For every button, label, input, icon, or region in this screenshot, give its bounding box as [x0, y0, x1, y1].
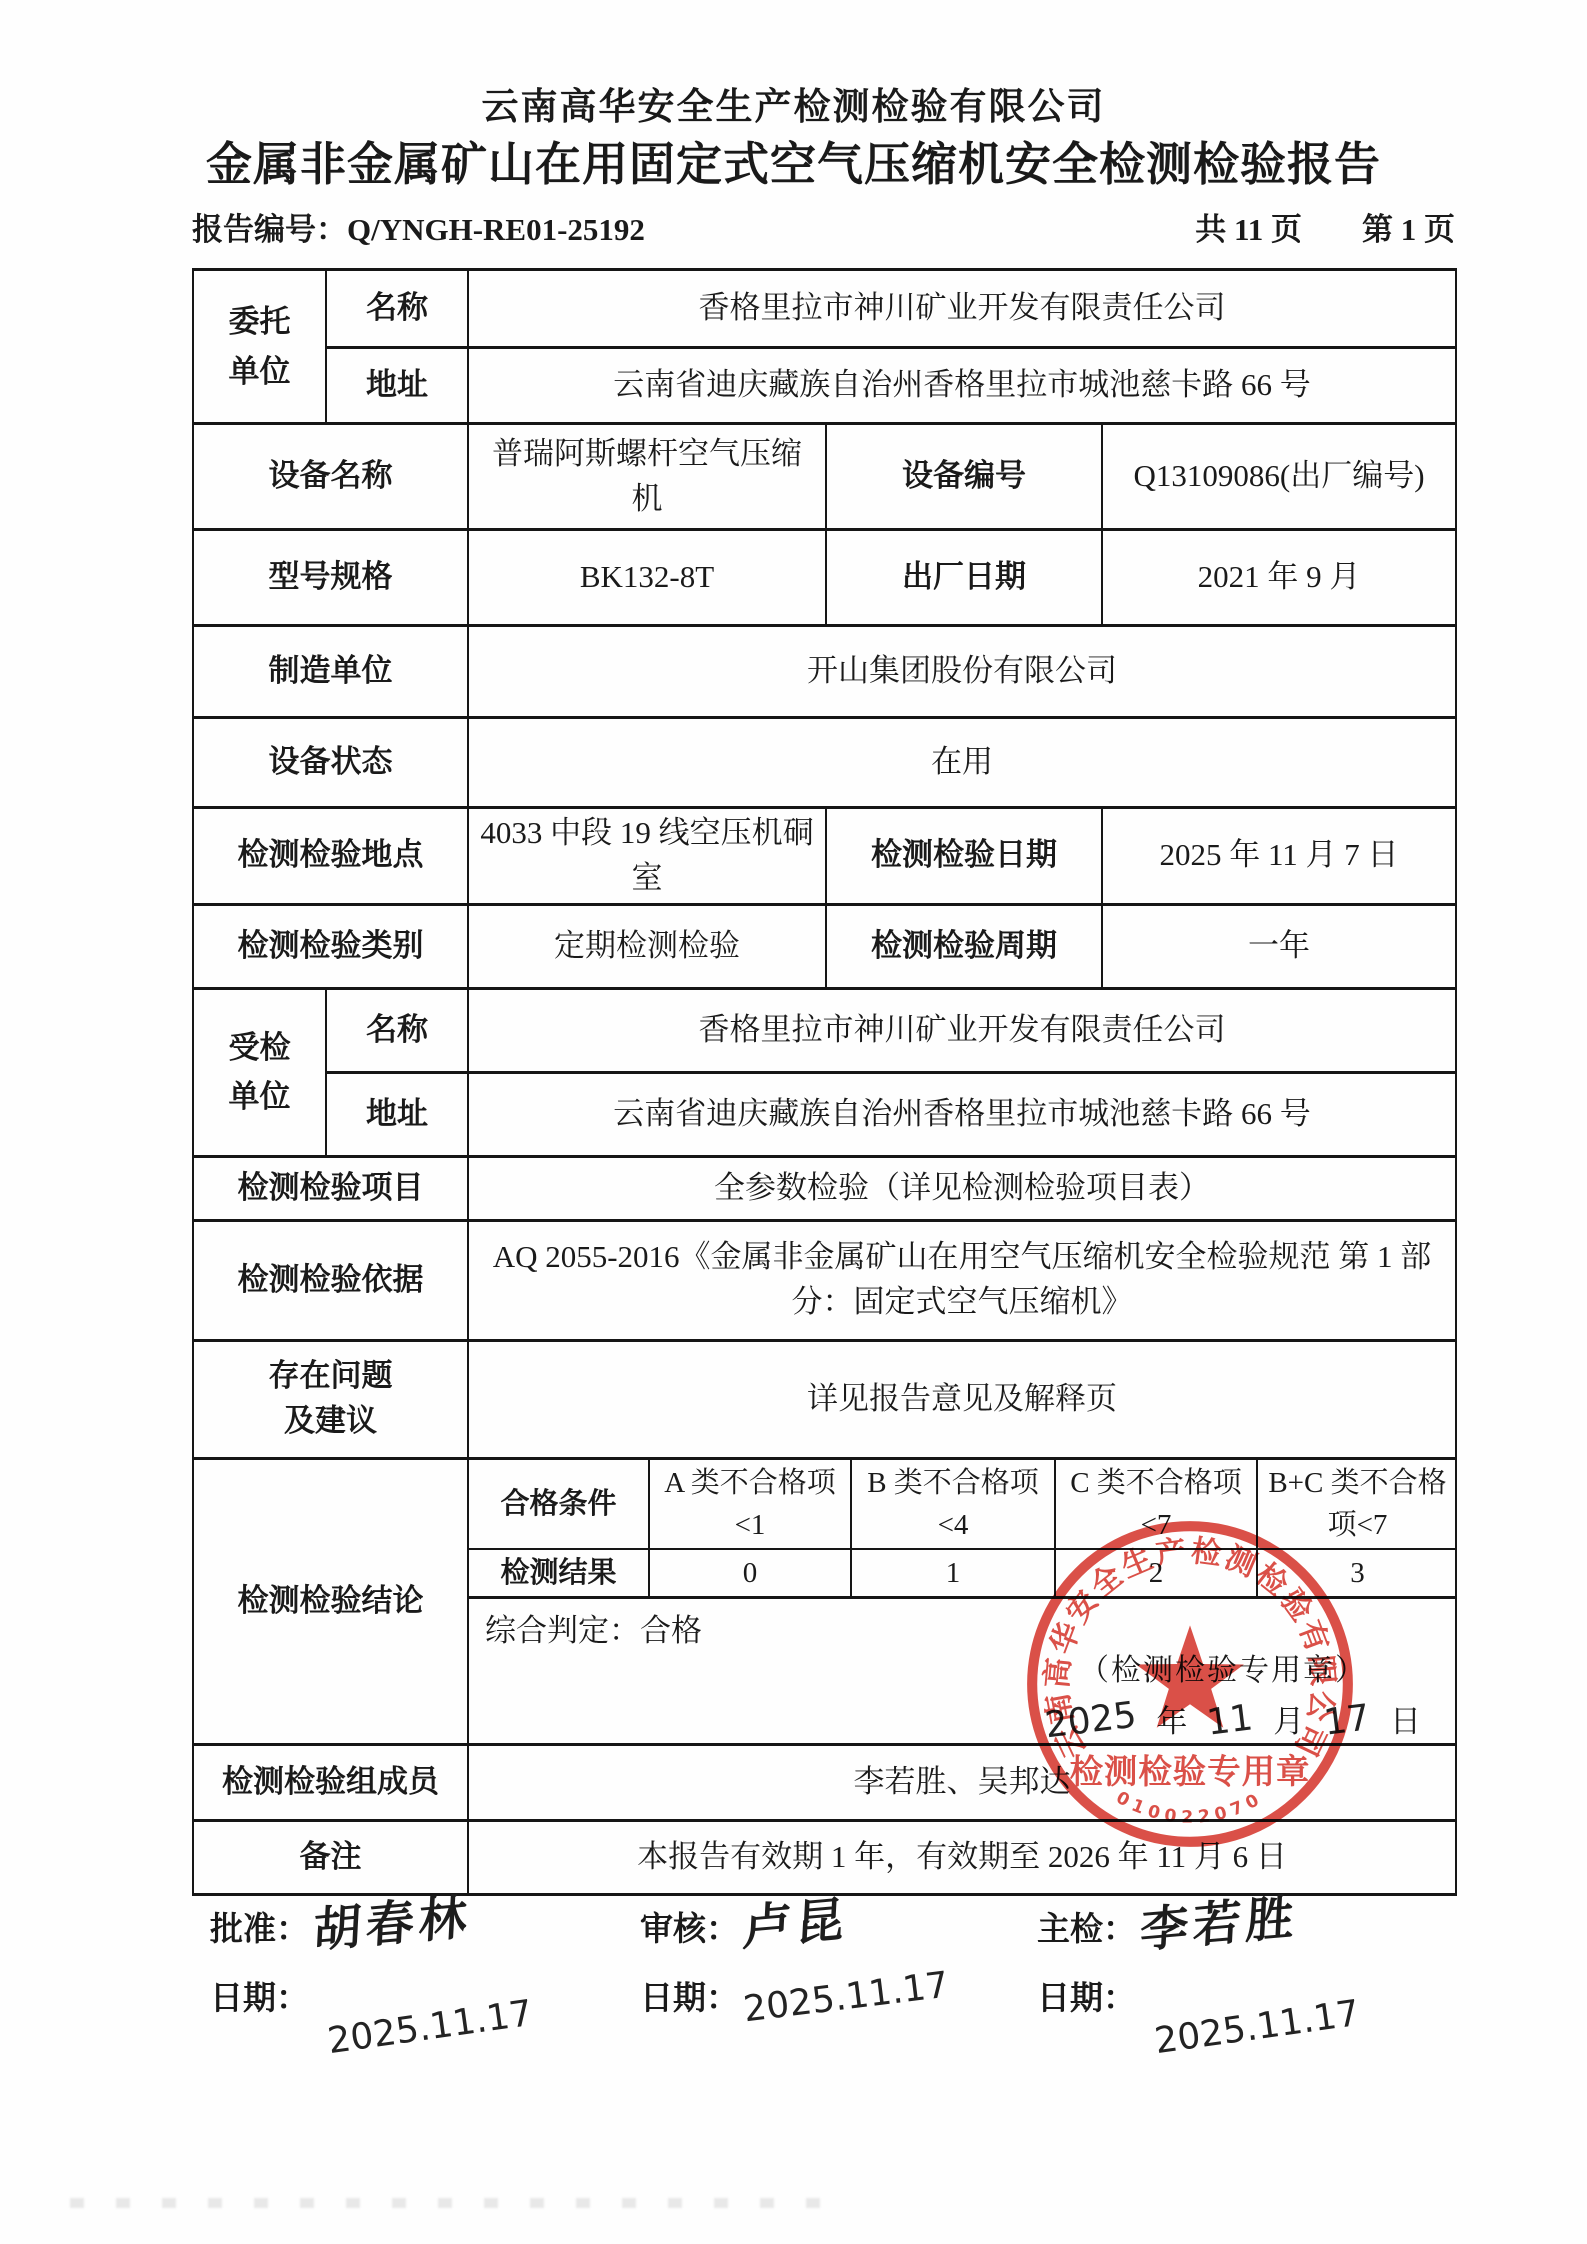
device-name-value: 普瑞阿斯螺杆空气压缩机	[468, 424, 826, 530]
company-name: 云南高华安全生产检测检验有限公司	[0, 76, 1587, 130]
table-row: 存在问题及建议 详见报告意见及解释页	[193, 1340, 1456, 1458]
inspection-basis-value: AQ 2055-2016《金属非金属矿山在用空气压缩机安全检验规范 第 1 部分…	[468, 1220, 1456, 1340]
chief-label: 主检：	[1037, 1912, 1136, 1948]
inspection-date-label: 检测检验日期	[826, 808, 1102, 905]
table-row: 检测检验项目 全参数检验（详见检测检验项目表）	[193, 1156, 1456, 1220]
result-header: 检测结果	[469, 1549, 649, 1598]
conclusion-criteria-table: 合格条件 A 类不合格项<1 B 类不合格项<4 C 类不合格项<7 B+C 类…	[469, 1460, 1456, 1599]
verdict-zone: 综合判定：合格 （检测检验专用章） 2025 年 11 月 17 日	[469, 1599, 1455, 1743]
team-members: 李若胜、吴邦达	[468, 1745, 1456, 1821]
report-page: 云南高华安全生产检测检验有限公司 金属非金属矿山在用固定式空气压缩机安全检测检验…	[0, 0, 1587, 2244]
review-date-handwritten: 2025.11.17	[741, 1965, 951, 2031]
report-number: 报告编号：Q/YNGH-RE01-25192	[192, 204, 645, 249]
inspection-items-value: 全参数检验（详见检测检验项目表）	[468, 1156, 1456, 1220]
seal-caption: （检测检验专用章）	[1079, 1649, 1367, 1693]
seal-date-month-label: 月	[1273, 1700, 1304, 1745]
verdict: 综合判定：合格	[485, 1609, 702, 1654]
seal-date-year-label: 年	[1156, 1700, 1187, 1745]
table-row: 委托单位 名称 香格里拉市神川矿业开发有限责任公司	[193, 270, 1456, 348]
table-row: 设备名称 普瑞阿斯螺杆空气压缩机 设备编号 Q13109086(出厂编号)	[193, 424, 1456, 530]
result-c: 2	[1055, 1549, 1257, 1598]
inspection-date-value: 2025 年 11 月 7 日	[1102, 808, 1456, 905]
seal-date-day-label: 日	[1390, 1700, 1421, 1745]
inspected-name-label: 名称	[326, 988, 468, 1072]
inspected-group-label: 受检单位	[193, 988, 326, 1156]
inspection-type-label: 检测检验类别	[193, 904, 468, 988]
inspection-items-label: 检测检验项目	[193, 1156, 468, 1220]
table-row: 检测检验地点 4033 中段 19 线空压机硐室 检测检验日期 2025 年 1…	[193, 808, 1456, 905]
approve-date-label: 日期：	[210, 1981, 309, 2017]
team-label: 检测检验组成员	[193, 1745, 468, 1821]
device-model-label: 型号规格	[193, 530, 468, 626]
device-mfg-date-label: 出厂日期	[826, 530, 1102, 626]
verdict-value: 合格	[640, 1613, 702, 1648]
approve-signature: 胡春林	[312, 1893, 473, 1955]
conclusion-body: 合格条件 A 类不合格项<1 B 类不合格项<4 C 类不合格项<7 B+C 类…	[468, 1458, 1456, 1744]
result-bc: 3	[1257, 1549, 1456, 1598]
criteria-header: 合格条件	[469, 1460, 649, 1549]
report-title: 金属非金属矿山在用固定式空气压缩机安全检测检验报告	[0, 128, 1587, 194]
inspected-address-value: 云南省迪庆藏族自治州香格里拉市城池慈卡路 66 号	[468, 1072, 1456, 1156]
table-row: 地址 云南省迪庆藏族自治州香格里拉市城池慈卡路 66 号	[193, 348, 1456, 424]
table-row: 受检单位 名称 香格里拉市神川矿业开发有限责任公司	[193, 988, 1456, 1072]
device-maker-label: 制造单位	[193, 626, 468, 718]
table-row: 检测检验依据 AQ 2055-2016《金属非金属矿山在用空气压缩机安全检验规范…	[193, 1220, 1456, 1340]
inspection-place-value: 4033 中段 19 线空压机硐室	[468, 808, 826, 905]
client-group-label: 委托单位	[193, 270, 326, 424]
conclusion-label: 检测检验结论	[193, 1458, 468, 1744]
review-block: 审核： 卢昆 日期： 2025.11.17	[640, 1900, 949, 2019]
criteria-c: C 类不合格项<7	[1055, 1460, 1257, 1549]
seal-date-day-handwritten: 17	[1321, 1692, 1373, 1744]
chief-block: 主检： 李若胜 日期： 2025.11.17	[1037, 1900, 1346, 2019]
inspection-cycle-label: 检测检验周期	[826, 904, 1102, 988]
seal-date-line: 2025 年 11 月 17 日	[1045, 1695, 1421, 1745]
criteria-b: B 类不合格项<4	[851, 1460, 1055, 1549]
device-status-label: 设备状态	[193, 718, 468, 808]
review-date-label: 日期：	[640, 1981, 739, 2017]
seal-date-year-handwritten: 2025	[1042, 1690, 1139, 1745]
chief-date-handwritten: 2025.11.17	[1152, 1993, 1362, 2062]
inspection-type-value: 定期检测检验	[468, 904, 826, 988]
approve-block: 批准： 胡春林 日期： 2025.11.17	[210, 1900, 519, 2019]
client-address-value: 云南省迪庆藏族自治州香格里拉市城池慈卡路 66 号	[468, 348, 1456, 424]
scan-artifact	[70, 2198, 850, 2208]
client-name-value: 香格里拉市神川矿业开发有限责任公司	[468, 270, 1456, 348]
device-model-value: BK132-8T	[468, 530, 826, 626]
criteria-bc: B+C 类不合格项<7	[1257, 1460, 1456, 1549]
report-table: 委托单位 名称 香格里拉市神川矿业开发有限责任公司 地址 云南省迪庆藏族自治州香…	[192, 268, 1457, 1896]
table-row: 设备状态 在用	[193, 718, 1456, 808]
table-row: 检测检验结论 合格条件 A 类不合格项<1 B 类不合格项<4 C 类不合格项<…	[193, 1458, 1456, 1744]
report-meta: 报告编号：Q/YNGH-RE01-25192 共 11 页 第 1 页	[192, 204, 1455, 249]
inspection-cycle-value: 一年	[1102, 904, 1456, 988]
chief-date-label: 日期：	[1037, 1981, 1136, 2017]
table-row: 备注 本报告有效期 1 年，有效期至 2026 年 11 月 6 日	[193, 1821, 1456, 1895]
device-status-value: 在用	[468, 718, 1456, 808]
client-address-label: 地址	[326, 348, 468, 424]
criteria-header-row: 合格条件 A 类不合格项<1 B 类不合格项<4 C 类不合格项<7 B+C 类…	[469, 1460, 1456, 1549]
total-pages: 共 11 页	[1195, 204, 1302, 249]
chief-signature: 李若胜	[1139, 1893, 1300, 1955]
problems-value: 详见报告意见及解释页	[468, 1340, 1456, 1458]
device-mfg-date-value: 2021 年 9 月	[1102, 530, 1456, 626]
inspected-name-value: 香格里拉市神川矿业开发有限责任公司	[468, 988, 1456, 1072]
signoff-block: 批准： 胡春林 日期： 2025.11.17 审核： 卢昆 日期： 2025.1…	[192, 1900, 1455, 2130]
seal-date-month-handwritten: 11	[1204, 1692, 1256, 1744]
current-page: 第 1 页	[1362, 204, 1455, 249]
review-signature: 卢昆	[742, 1895, 850, 1953]
problems-label: 存在问题及建议	[193, 1340, 468, 1458]
device-name-label: 设备名称	[193, 424, 468, 530]
report-number-label: 报告编号：	[192, 212, 347, 247]
remark-value: 本报告有效期 1 年，有效期至 2026 年 11 月 6 日	[468, 1821, 1456, 1895]
verdict-label: 综合判定：	[485, 1613, 640, 1648]
client-name-label: 名称	[326, 270, 468, 348]
result-b: 1	[851, 1549, 1055, 1598]
table-row: 型号规格 BK132-8T 出厂日期 2021 年 9 月	[193, 530, 1456, 626]
device-serial-label: 设备编号	[826, 424, 1102, 530]
report-number-value: Q/YNGH-RE01-25192	[347, 212, 645, 247]
review-label: 审核：	[640, 1912, 739, 1948]
inspected-address-label: 地址	[326, 1072, 468, 1156]
remark-label: 备注	[193, 1821, 468, 1895]
result-a: 0	[649, 1549, 851, 1598]
table-row: 制造单位 开山集团股份有限公司	[193, 626, 1456, 718]
table-row: 地址 云南省迪庆藏族自治州香格里拉市城池慈卡路 66 号	[193, 1072, 1456, 1156]
approve-date-handwritten: 2025.11.17	[325, 1993, 535, 2062]
result-row: 检测结果 0 1 2 3	[469, 1549, 1456, 1598]
device-serial-value: Q13109086(出厂编号)	[1102, 424, 1456, 530]
device-maker-value: 开山集团股份有限公司	[468, 626, 1456, 718]
page-info: 共 11 页 第 1 页	[1195, 204, 1455, 249]
inspection-basis-label: 检测检验依据	[193, 1220, 468, 1340]
table-row: 检测检验组成员 李若胜、吴邦达	[193, 1745, 1456, 1821]
inspection-place-label: 检测检验地点	[193, 808, 468, 905]
criteria-a: A 类不合格项<1	[649, 1460, 851, 1549]
table-row: 检测检验类别 定期检测检验 检测检验周期 一年	[193, 904, 1456, 988]
approve-label: 批准：	[210, 1912, 309, 1948]
